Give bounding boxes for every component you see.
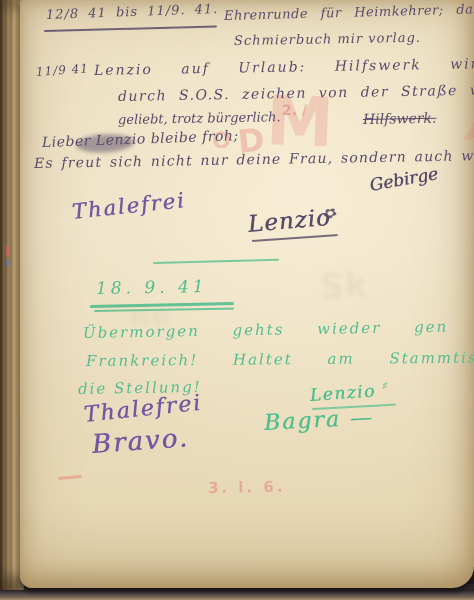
underline-entry4-a [90,302,234,308]
entry2-signature: Hilfswerk. [363,112,437,128]
binding-speck-blue [6,259,9,267]
entry3-line1: Lieber Lenzio bleibe froh; [42,129,239,151]
entry2-line3: geliebt, trotz bürgerlich. [118,111,281,127]
lenzio-mark: ♯ [381,380,388,392]
entry4-line1: Übermorgen gehts wieder gen [83,320,449,342]
notebook-page: MD2. /O)3. l. 6.Skee 12/8 41 bis 11/9. 4… [20,0,474,588]
entry1-date-range: 12/8 41 bis 11/9. 41. [46,3,219,23]
underline-entry1 [44,25,217,32]
signature-gebirge: Gebirge [368,166,439,196]
binding-speck-red [6,246,9,257]
exclamation-bravo: Bravo. [91,425,190,459]
bleed-dash [58,475,82,480]
signature-lenzio-1: Lenzio [247,206,332,237]
entry1-text-line2: Schmierbuch mir vorlag. [234,32,421,49]
entry1-text-line1: Ehrenrunde für Heimkehrer; das [224,3,474,23]
green-divider-stroke [153,259,279,264]
handwriting-layer: 12/8 41 bis 11/9. 41.Ehrenrunde für Heim… [20,0,474,588]
entry2-line1: Lenzio auf Urlaub: Hilfswerk wird [94,57,474,79]
underline-entry4-b [94,308,234,313]
entry2-line2: durch S.O.S. zeichen von der Straße weg [118,83,474,104]
signature-thalefrei-1: Thalefrei [71,189,187,223]
signature-lenzio-2: Lenzio [309,383,376,405]
entry4-line2: Frankreich! Haltet am Stammtisch [86,350,474,369]
entry2-date: 11/9 41 [36,62,90,78]
entry4-date: 18. 9. 41 [96,279,208,299]
signature-bagra: Bagra — [263,406,374,435]
scanned-notebook-photo: MD2. /O)3. l. 6.Skee 12/8 41 bis 11/9. 4… [0,0,474,600]
